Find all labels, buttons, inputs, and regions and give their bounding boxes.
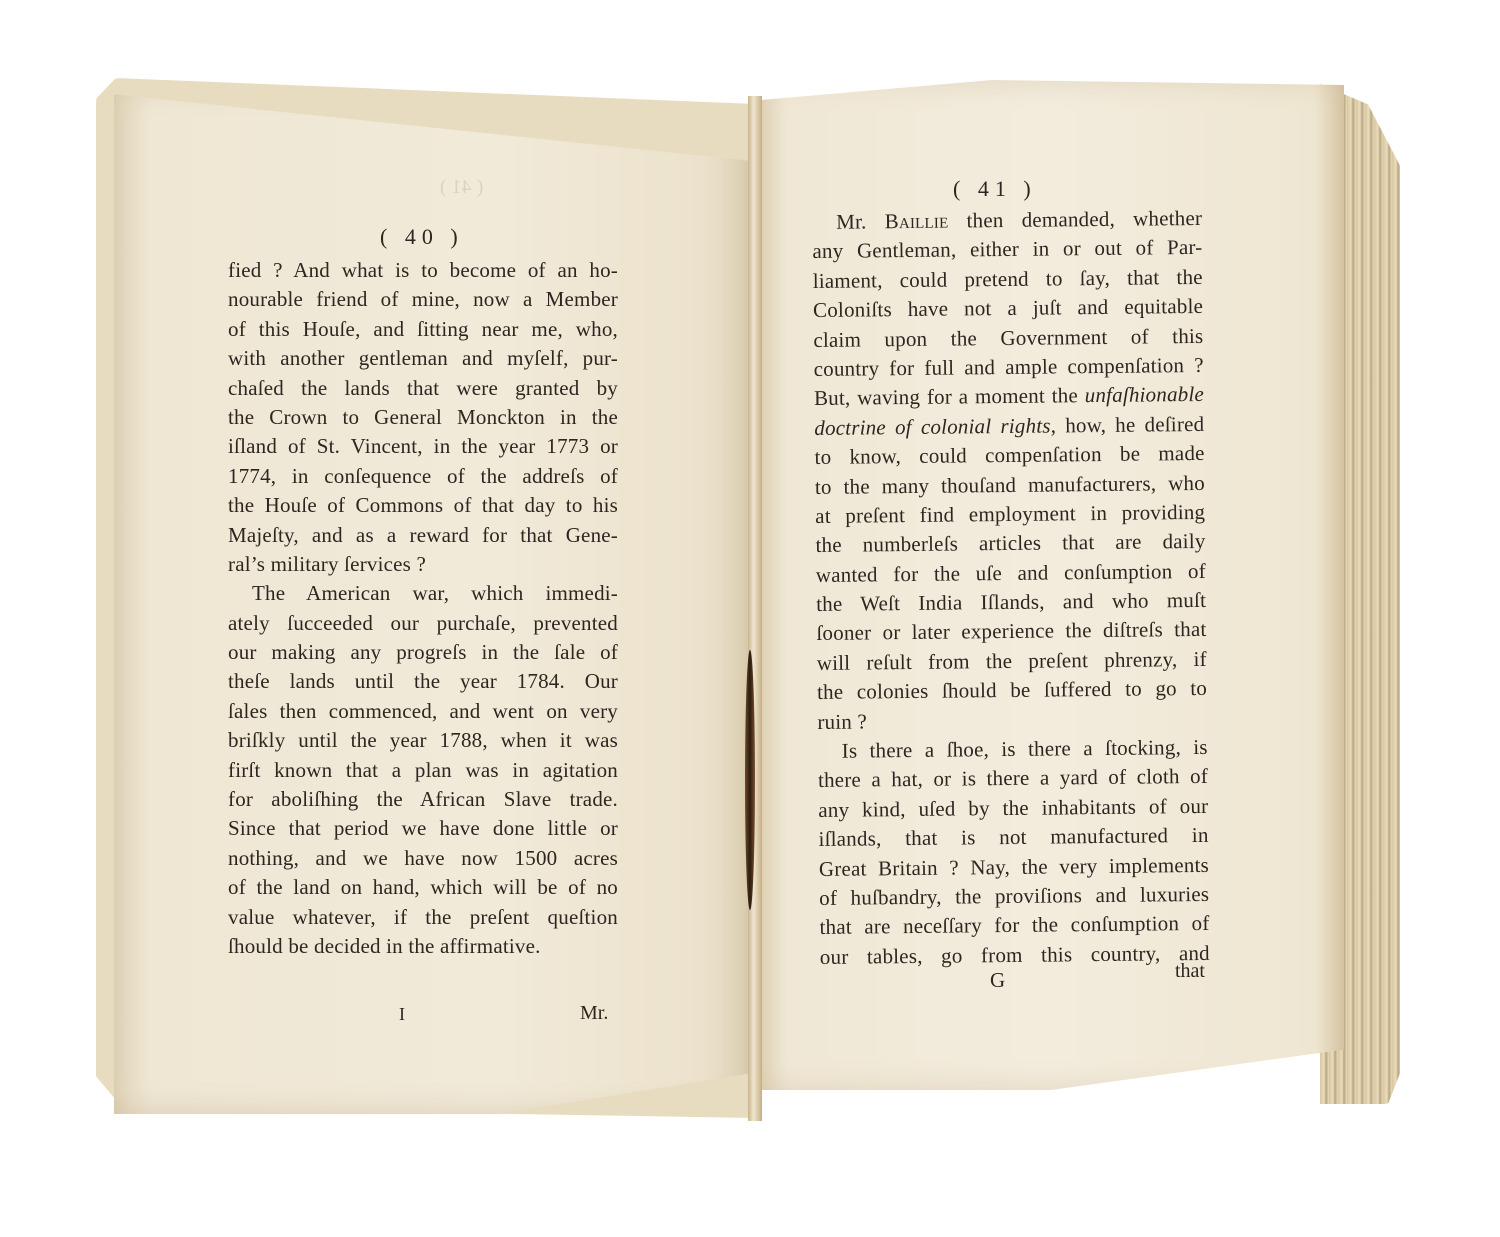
book-spine xyxy=(748,96,762,1121)
open-book: ( 41 ) ( 40 ) fied ? And what is to beco… xyxy=(0,0,1500,1237)
text-line: nourable friend of mine, now a Member xyxy=(228,285,618,314)
show-through-folio: ( 41 ) xyxy=(440,176,483,199)
text-line: ſales then commenced, and went on very xyxy=(228,697,618,726)
italic-line-suffix: , how, he deſired xyxy=(1051,412,1205,438)
right-page-text: Mr. Baillie then demanded, whether any G… xyxy=(812,204,1210,972)
text-line: will reſult from the preſent phrenzy, if xyxy=(817,645,1207,678)
italic-line-prefix: But, waving for a moment the xyxy=(814,384,1078,411)
text-line: iſlands, that is not manufactured in xyxy=(818,821,1208,854)
text-line: Majeſty, and as a reward for that Gene- xyxy=(228,521,618,550)
speaker-prefix: Mr. xyxy=(836,209,867,233)
text-line: claim upon the Government of this xyxy=(813,321,1203,354)
text-line: the Crown to General Monckton in the xyxy=(228,403,618,432)
text-line: that are neceſſary for the conſumption o… xyxy=(819,909,1209,942)
text-line: for aboliſhing the African Slave trade. xyxy=(228,785,618,814)
text-line: Since that period we have done little or xyxy=(228,814,618,843)
text-line: ruin ? xyxy=(817,704,1207,737)
page-number-left: ( 40 ) xyxy=(380,224,464,250)
text-line: the colonies ſhould be ſuffered to go to xyxy=(817,674,1207,707)
text-line: firſt known that a plan was in agitation xyxy=(228,756,618,785)
signature-mark-right: G xyxy=(990,968,1005,993)
text-line: at preſent find employment in providing xyxy=(815,498,1205,531)
catchword-left: Mr. xyxy=(580,1002,608,1025)
speaker-name: Baillie xyxy=(885,209,949,234)
text-line: wanted for the uſe and conſumption of xyxy=(816,557,1206,590)
text-line: fied ? And what is to become of an ho- xyxy=(228,256,618,285)
text-line: Coloniſts have not a juſt and equitable xyxy=(813,292,1203,325)
text-line-first: Mr. Baillie then demanded, whether xyxy=(812,204,1202,237)
text-line: the Houſe of Commons of that day to his xyxy=(228,491,618,520)
italic-phrase: unfaſhionable xyxy=(1085,382,1205,407)
text-line: nothing, and we have now 1500 acres xyxy=(228,844,618,873)
spine-tear xyxy=(745,650,755,910)
catchword-right: that xyxy=(1175,960,1205,983)
text-line: theſe lands until the year 1784. Our xyxy=(228,667,618,696)
signature-mark-left: I xyxy=(399,1004,405,1025)
text-line: our making any progreſs in the ſale of xyxy=(228,638,618,667)
text-line: of this Houſe, and ſitting near me, who, xyxy=(228,315,618,344)
text-line: Is there a ſhoe, is there a ſtocking, is xyxy=(818,733,1208,766)
text-line: any kind, uſed by the inhabitants of our xyxy=(818,792,1208,825)
text-line: there a hat, or is there a yard of cloth… xyxy=(818,762,1208,795)
text-line-italic: But, waving for a moment the unfaſhionab… xyxy=(814,380,1204,413)
text-line: 1774, in conſequence of the addreſs of xyxy=(228,462,618,491)
italic-phrase: doctrine of colonial rights xyxy=(814,413,1051,439)
page-number-right: ( 41 ) xyxy=(953,176,1037,202)
text-line: liament, could pretend to ſay, that the xyxy=(813,263,1203,296)
text-line: The American war, which immedi- xyxy=(228,579,618,608)
first-line-rest: then demanded, whether xyxy=(966,206,1202,232)
text-line-italic: doctrine of colonial rights, how, he deſ… xyxy=(814,410,1204,443)
left-page-text: fied ? And what is to become of an ho- n… xyxy=(228,256,618,961)
text-line: the Weſt India Iſlands, and who muſt xyxy=(816,586,1206,619)
text-line: to the many thouſand manufacturers, who xyxy=(815,468,1205,501)
text-line: the numberleſs articles that are daily xyxy=(815,527,1205,560)
text-line: our tables, go from this country, and xyxy=(820,939,1210,972)
text-line: to know, could compenſation be made xyxy=(814,439,1204,472)
text-line: ſhould be decided in the affirmative. xyxy=(228,932,618,961)
text-line: briſkly until the year 1788, when it was xyxy=(228,726,618,755)
text-line: of the land on hand, which will be of no xyxy=(228,873,618,902)
text-line: any Gentleman, either in or out of Par- xyxy=(812,233,1202,266)
text-line: country for full and ample compenſation … xyxy=(814,351,1204,384)
text-line: of huſbandry, the proviſions and luxurie… xyxy=(819,880,1209,913)
text-line: ral’s military ſervices ? xyxy=(228,550,618,579)
text-line: with another gentleman and myſelf, pur- xyxy=(228,344,618,373)
text-line: iſland of St. Vincent, in the year 1773 … xyxy=(228,432,618,461)
text-line: Great Britain ? Nay, the very implements xyxy=(819,850,1209,883)
text-line: value whatever, if the preſent queſtion xyxy=(228,903,618,932)
text-line: chaſed the lands that were granted by xyxy=(228,374,618,403)
text-line: ſooner or later experience the diſtreſs … xyxy=(816,615,1206,648)
text-line: ately ſucceeded our purchaſe, prevented xyxy=(228,609,618,638)
